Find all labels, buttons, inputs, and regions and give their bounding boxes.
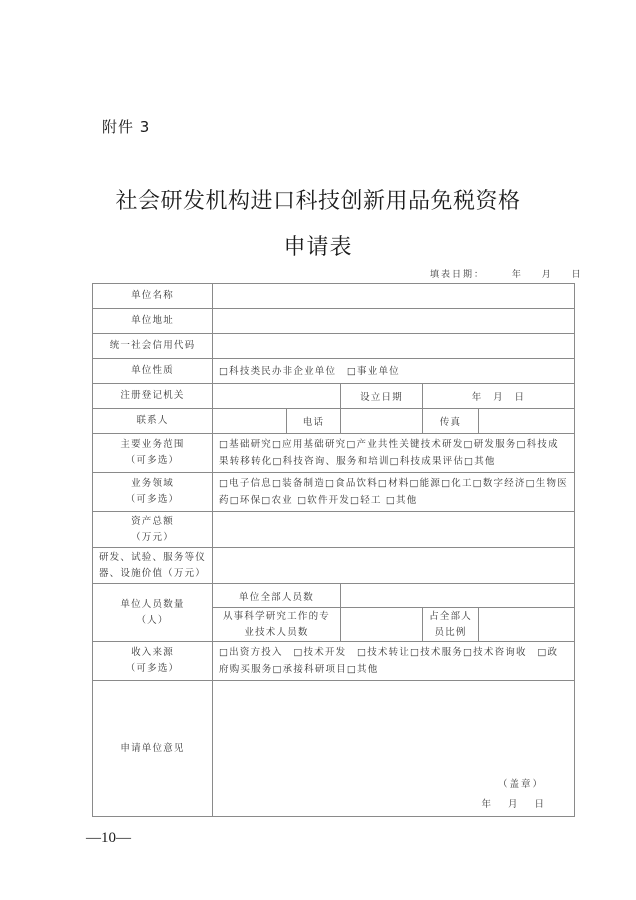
registration-authority-label: 注册登记机关 [93,384,213,409]
total-assets-title: 资产总额 [93,514,212,530]
opinion-label: 申请单位意见 [93,681,213,817]
business-scope-title: 主要业务范围 [93,437,212,453]
month-label: 月 [542,267,553,280]
row-staff-all: 单位人员数量 （人） 单位全部人员数 [93,584,575,608]
research-staff-label: 从事科学研究工作的专业技术人员数 [213,608,341,642]
fax-field[interactable] [479,409,575,434]
total-assets-field[interactable] [213,512,575,548]
opinion-date: 年 月 日 [481,796,546,810]
ratio-field[interactable] [479,608,575,642]
total-assets-unit: （万元） [93,530,212,546]
ratio-label: 占全部人员比例 [423,608,479,642]
business-field-note: （可多选） [93,492,212,508]
application-form: 单位名称 单位地址 统一社会信用代码 单位性质 □科技类民办非企业单位 □事业单… [92,283,575,817]
income-source-title: 收入来源 [93,645,212,661]
row-unit-address: 单位地址 [93,309,575,334]
fill-date: 填表日期： 年 月 日 [430,267,590,280]
credit-code-label: 统一社会信用代码 [93,334,213,359]
registration-authority-field[interactable] [213,384,341,409]
phone-label: 电话 [287,409,341,434]
row-unit-nature: 单位性质 □科技类民办非企业单位 □事业单位 [93,359,575,384]
business-scope-options[interactable]: □基础研究□应用基础研究□产业共性关键技术研发□研发服务□科技成果转移转化□科技… [213,434,575,473]
page-number: —10— [86,830,131,847]
year-label: 年 [512,267,523,280]
all-staff-field[interactable] [341,584,575,608]
staff-count-unit: （人） [93,613,212,629]
unit-nature-label: 单位性质 [93,359,213,384]
business-field-options[interactable]: □电子信息□装备制造□食品饮料□材料□能源□化工□数字经济□生物医药□环保□农业… [213,473,575,512]
row-business-field: 业务领域 （可多选） □电子信息□装备制造□食品饮料□材料□能源□化工□数字经济… [93,473,575,512]
unit-address-field[interactable] [213,309,575,334]
seal-label: （盖章） [498,776,544,790]
income-source-label: 收入来源 （可多选） [93,642,213,681]
business-field-label: 业务领域 （可多选） [93,473,213,512]
research-staff-field[interactable] [341,608,423,642]
total-assets-label: 资产总额 （万元） [93,512,213,548]
day-label: 日 [572,267,583,280]
document-title: 社会研发机构进口科技创新用品免税资格 [0,184,636,215]
contact-label: 联系人 [93,409,213,434]
credit-code-field[interactable] [213,334,575,359]
row-opinion: 申请单位意见 （盖章） 年 月 日 [93,681,575,817]
unit-nature-options[interactable]: □科技类民办非企业单位 □事业单位 [213,359,575,384]
phone-field[interactable] [341,409,423,434]
contact-field[interactable] [213,409,287,434]
row-registration: 注册登记机关 设立日期 年 月 日 [93,384,575,409]
row-equipment-value: 研发、试验、服务等仪器、设施价值（万元） [93,548,575,584]
establish-date-label: 设立日期 [341,384,423,409]
equipment-value-label: 研发、试验、服务等仪器、设施价值（万元） [93,548,213,584]
document-subtitle: 申请表 [0,230,636,261]
row-total-assets: 资产总额 （万元） [93,512,575,548]
unit-name-label: 单位名称 [93,284,213,309]
row-contact: 联系人 电话 传真 [93,409,575,434]
row-unit-name: 单位名称 [93,284,575,309]
all-staff-label: 单位全部人员数 [213,584,341,608]
establish-date-field[interactable]: 年 月 日 [423,384,575,409]
equipment-value-field[interactable] [213,548,575,584]
staff-count-label: 单位人员数量 （人） [93,584,213,642]
income-source-options[interactable]: □出资方投入 □技术开发 □技术转让□技术服务□技术咨询收 □政府购买服务□承接… [213,642,575,681]
business-scope-note: （可多选） [93,453,212,469]
fax-label: 传真 [423,409,479,434]
fill-date-parts: 年 月 日 [490,267,590,280]
row-credit-code: 统一社会信用代码 [93,334,575,359]
business-field-title: 业务领域 [93,476,212,492]
row-business-scope: 主要业务范围 （可多选） □基础研究□应用基础研究□产业共性关键技术研发□研发服… [93,434,575,473]
unit-address-label: 单位地址 [93,309,213,334]
fill-date-label: 填表日期： [430,267,485,280]
row-income-source: 收入来源 （可多选） □出资方投入 □技术开发 □技术转让□技术服务□技术咨询收… [93,642,575,681]
opinion-field[interactable]: （盖章） 年 月 日 [213,681,575,817]
attachment-label: 附件 3 [102,116,150,137]
staff-count-title: 单位人员数量 [93,597,212,613]
income-source-note: （可多选） [93,661,212,677]
unit-name-field[interactable] [213,284,575,309]
business-scope-label: 主要业务范围 （可多选） [93,434,213,473]
